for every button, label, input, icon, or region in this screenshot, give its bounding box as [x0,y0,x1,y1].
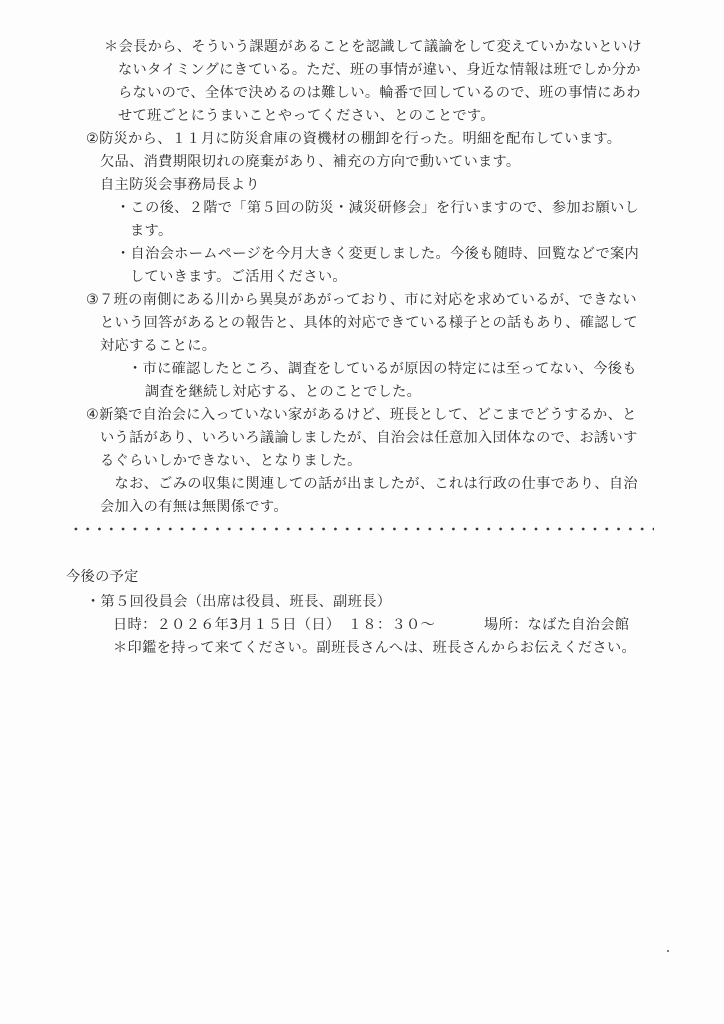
schedule-event: ・第５回役員会（出席は役員、班長、副班長） [86,591,391,613]
item2-line: 欠品、消費期限切れの廃棄があり、補充の方向で動いています。 [100,151,520,173]
schedule-heading: 今後の予定 [66,566,139,588]
item4-line: るぐらいしかできない、となりました。 [100,450,362,472]
item2-bullet: ・自治会ホームページを今月大きく変更しました。今後も随時、回覧などで案内 [116,243,639,265]
item3-line: ③７班の南側にある川から異臭があがっており、市に対応を求めているが、できない [86,289,637,311]
item2-line: ②防災から、１１月に防災倉庫の資機材の棚卸を行った。明細を配布しています。 [86,128,621,150]
dotted-divider [70,527,654,531]
item4-line: なお、ごみの収集に関連しての話が出ましたが、これは行政の仕事であり、自治 [100,473,638,495]
document-page: ＊会長から、そういう課題があることを認識して議論をして変えていかないといけ ない… [0,0,724,1024]
item2-heading: 自主防災会事務局長より [100,174,260,196]
item4-line: 会加入の有無は無関係です。 [100,496,288,518]
item3-line: という回答があるとの報告と、具体的対応できている様子との話もあり、確認して [100,312,638,334]
schedule-place: 場所：なばた自治会館 [484,614,629,636]
scan-speck [667,950,669,952]
schedule-note: ＊印鑑を持って来てください。副班長さんへは、班長さんからお伝えください。 [113,637,636,659]
schedule-datetime: 日時：２０２６年3月１５日（日） １８：３０～ [113,614,435,636]
item2-bullet-cont: ます。 [130,220,172,242]
item3-bullet-cont: 調査を継続し対応する、とのことでした。 [145,381,421,403]
president-note-line: らないので、全体で決めるのは難しい。輪番で回しているので、班の事情にあわ [118,82,641,104]
item2-bullet: ・この後、２階で「第５回の防災・減災研修会」を行いますので、参加お願いし [116,197,639,219]
item2-bullet-cont: していきます。ご活用ください。 [130,266,347,288]
item4-line: いう話があり、いろいろ議論しましたが、自治会は任意加入団体なので、お誘いす [100,427,638,449]
president-note-line: ないタイミングにきている。ただ、班の事情が違い、身近な情報は班でしか分か [118,59,641,81]
item4-line: ④新築で自治会に入っていない家があるけど、班長として、どこまでどうするか、と [86,404,637,426]
item3-line: 対応することに。 [100,335,216,357]
president-note-line: ＊会長から、そういう課題があることを認識して議論をして変えていかないといけ [104,36,642,58]
president-note-line: せて班ごとにうまいことやってください、とのことです。 [118,105,495,127]
item3-bullet: ・市に確認したところ、調査をしているが原因の特定には至ってない、今後も [128,358,637,380]
